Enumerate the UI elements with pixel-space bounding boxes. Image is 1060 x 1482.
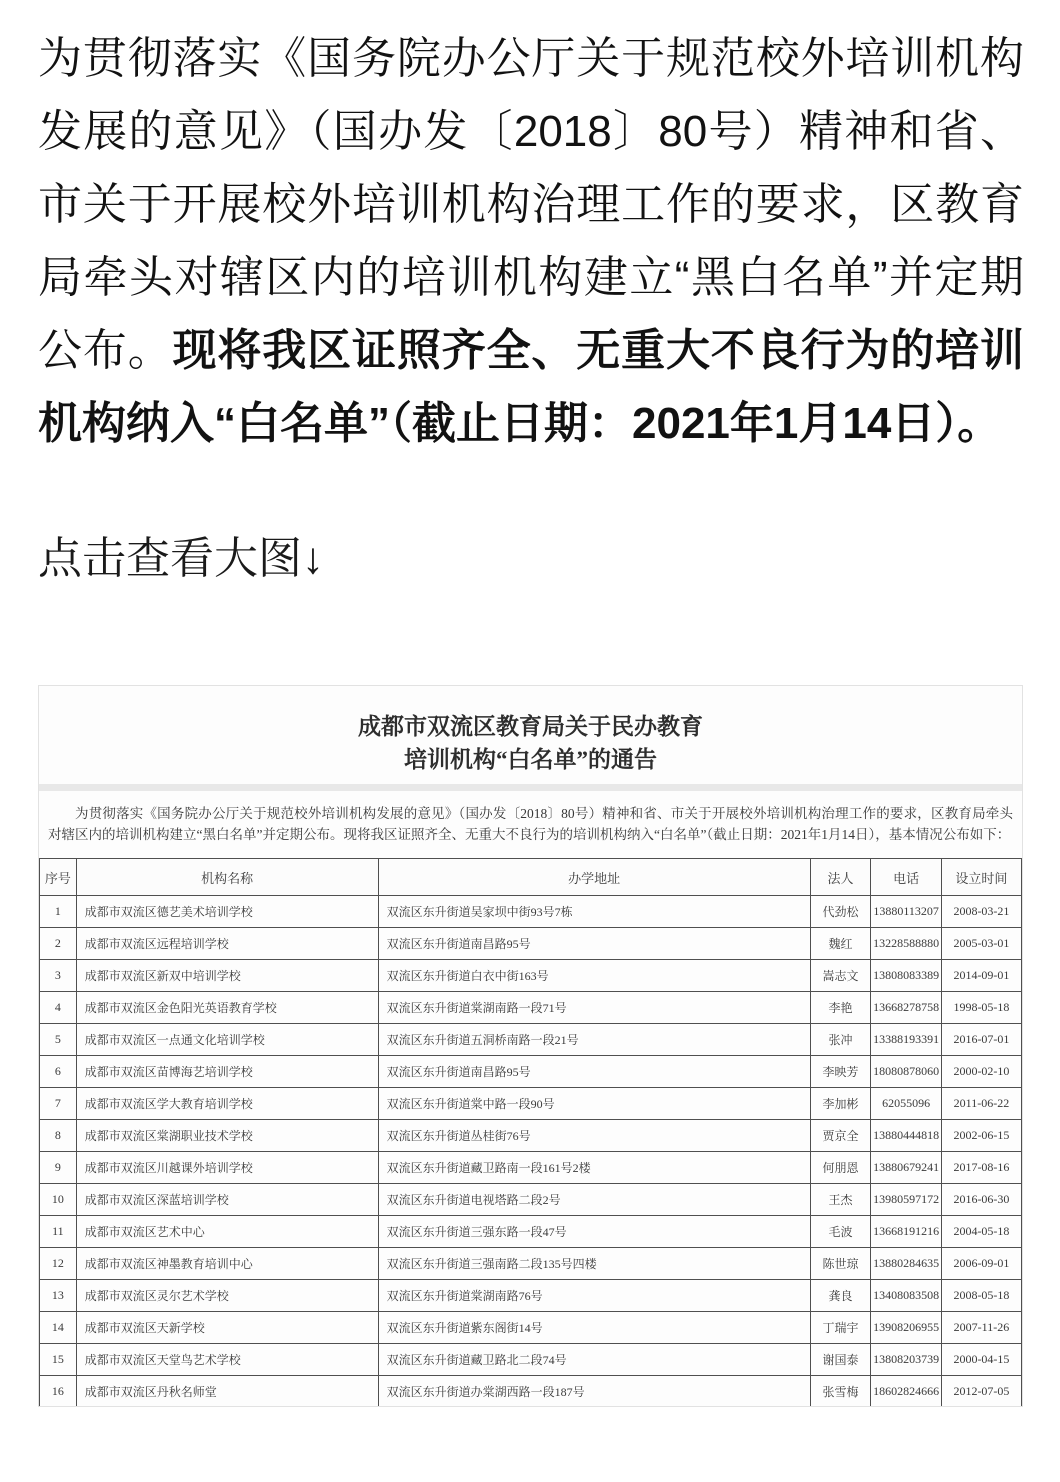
cell-address: 双流区东升街道藏卫路南一段161号2楼 — [378, 1152, 810, 1184]
column-header: 序号 — [40, 859, 77, 896]
cell-address: 双流区东升街道白衣中街163号 — [378, 960, 810, 992]
cell-number: 9 — [40, 1152, 77, 1184]
cell-institution-name: 成都市双流区天新学校 — [76, 1312, 378, 1344]
cell-institution-name: 成都市双流区新双中培训学校 — [76, 960, 378, 992]
cell-institution-name: 成都市双流区学大教育培训学校 — [76, 1088, 378, 1120]
cell-institution-name: 成都市双流区德艺美术培训学校 — [76, 896, 378, 928]
column-header: 办学地址 — [378, 859, 810, 896]
whitelist-table: 序号机构名称办学地址法人电话设立时间 1成都市双流区德艺美术培训学校双流区东升街… — [39, 858, 1022, 1407]
table-row: 12成都市双流区神墨教育培训中心双流区东升街道三强南路二段135号四楼陈世琼13… — [40, 1248, 1022, 1280]
cell-legal-person: 李映芳 — [810, 1056, 871, 1088]
notice-image[interactable]: 成都市双流区教育局关于民办教育 培训机构“白名单”的通告 为贯彻落实《国务院办公… — [38, 685, 1023, 1407]
column-header: 设立时间 — [941, 859, 1021, 896]
cell-institution-name: 成都市双流区丹秋名师堂 — [76, 1376, 378, 1408]
table-row: 5成都市双流区一点通文化培训学校双流区东升街道五洞桥南路一段21号张冲13388… — [40, 1024, 1022, 1056]
cell-legal-person: 谢国泰 — [810, 1344, 871, 1376]
cell-established-date: 2002-06-15 — [941, 1120, 1021, 1152]
cell-legal-person: 李艳 — [810, 992, 871, 1024]
notice-title-line2: 培训机构“白名单”的通告 — [39, 743, 1022, 776]
cell-number: 13 — [40, 1280, 77, 1312]
cell-phone: 13388193391 — [871, 1024, 941, 1056]
cell-phone: 13908206955 — [871, 1312, 941, 1344]
cell-established-date: 2006-09-01 — [941, 1248, 1021, 1280]
cell-number: 12 — [40, 1248, 77, 1280]
cell-phone: 62055096 — [871, 1088, 941, 1120]
column-header: 机构名称 — [76, 859, 378, 896]
cell-number: 16 — [40, 1376, 77, 1408]
article-page: 为贯彻落实《国务院办公厅关于规范校外培训机构发展的意见》（国办发〔2018〕80… — [0, 0, 1060, 1482]
cell-institution-name: 成都市双流区金色阳光英语教育学校 — [76, 992, 378, 1024]
cell-established-date: 2004-05-18 — [941, 1216, 1021, 1248]
cell-institution-name: 成都市双流区远程培训学校 — [76, 928, 378, 960]
cell-phone: 13880113207 — [871, 896, 941, 928]
cell-institution-name: 成都市双流区灵尔艺术学校 — [76, 1280, 378, 1312]
table-row: 2成都市双流区远程培训学校双流区东升街道南昌路95号魏红132285888802… — [40, 928, 1022, 960]
cell-address: 双流区东升街道紫东阁街14号 — [378, 1312, 810, 1344]
cell-address: 双流区东升街道吴家坝中街93号7栋 — [378, 896, 810, 928]
article-intro-regular-text: 为贯彻落实《国务院办公厅关于规范校外培训机构发展的意见》（国办发〔2018〕80… — [38, 34, 1024, 375]
cell-phone: 18602824666 — [871, 1376, 941, 1408]
cell-phone: 13808203739 — [871, 1344, 941, 1376]
table-row: 7成都市双流区学大教育培训学校双流区东升街道棠中路一段90号李加彬6205509… — [40, 1088, 1022, 1120]
table-row: 13成都市双流区灵尔艺术学校双流区东升街道棠湖南路76号龚良1340808350… — [40, 1280, 1022, 1312]
cell-institution-name: 成都市双流区神墨教育培训中心 — [76, 1248, 378, 1280]
cell-established-date: 2007-11-26 — [941, 1312, 1021, 1344]
cell-legal-person: 张雪梅 — [810, 1376, 871, 1408]
notice-divider — [39, 784, 1022, 791]
cell-phone: 13880284635 — [871, 1248, 941, 1280]
cell-phone: 18080878060 — [871, 1056, 941, 1088]
cell-number: 3 — [40, 960, 77, 992]
cell-legal-person: 李加彬 — [810, 1088, 871, 1120]
table-row: 9成都市双流区川越课外培训学校双流区东升街道藏卫路南一段161号2楼何朋恩138… — [40, 1152, 1022, 1184]
cell-phone: 13808083389 — [871, 960, 941, 992]
whitelist-table-head: 序号机构名称办学地址法人电话设立时间 — [40, 859, 1022, 896]
cell-number: 11 — [40, 1216, 77, 1248]
notice-title-line1: 成都市双流区教育局关于民办教育 — [39, 710, 1022, 743]
cell-phone: 13980597172 — [871, 1184, 941, 1216]
table-row: 4成都市双流区金色阳光英语教育学校双流区东升街道棠湖南路一段71号李艳13668… — [40, 992, 1022, 1024]
cell-legal-person: 代劲松 — [810, 896, 871, 928]
cell-legal-person: 龚良 — [810, 1280, 871, 1312]
cell-number: 4 — [40, 992, 77, 1024]
cell-phone: 13880444818 — [871, 1120, 941, 1152]
cell-established-date: 2012-07-05 — [941, 1376, 1021, 1408]
cell-address: 双流区东升街道三强南路二段135号四楼 — [378, 1248, 810, 1280]
cell-legal-person: 丁瑞宇 — [810, 1312, 871, 1344]
cell-address: 双流区东升街道棠湖南路76号 — [378, 1280, 810, 1312]
cell-established-date: 2016-07-01 — [941, 1024, 1021, 1056]
cell-established-date: 1998-05-18 — [941, 992, 1021, 1024]
article-intro-bold-text: 现将我区证照齐全、无重大不良行为的培训机构纳入“白名单”（截止日期：2021年1… — [38, 326, 1024, 448]
cell-number: 1 — [40, 896, 77, 928]
cell-established-date: 2000-04-15 — [941, 1344, 1021, 1376]
cell-number: 15 — [40, 1344, 77, 1376]
cell-number: 14 — [40, 1312, 77, 1344]
cell-address: 双流区东升街道办棠湖西路一段187号 — [378, 1376, 810, 1408]
whitelist-table-body: 1成都市双流区德艺美术培训学校双流区东升街道吴家坝中街93号7栋代劲松13880… — [40, 896, 1022, 1408]
cell-phone: 13668191216 — [871, 1216, 941, 1248]
table-row: 8成都市双流区棠湖职业技术学校双流区东升街道丛桂街76号贾京全138804448… — [40, 1120, 1022, 1152]
cell-institution-name: 成都市双流区苗博海艺培训学校 — [76, 1056, 378, 1088]
table-row: 15成都市双流区天堂鸟艺术学校双流区东升街道藏卫路北二段74号谢国泰138082… — [40, 1344, 1022, 1376]
cell-phone: 13880679241 — [871, 1152, 941, 1184]
cell-legal-person: 嵩志文 — [810, 960, 871, 992]
cell-address: 双流区东升街道五洞桥南路一段21号 — [378, 1024, 810, 1056]
cell-legal-person: 何朋恩 — [810, 1152, 871, 1184]
cell-legal-person: 贾京全 — [810, 1120, 871, 1152]
cell-established-date: 2000-02-10 — [941, 1056, 1021, 1088]
cell-legal-person: 毛波 — [810, 1216, 871, 1248]
table-row: 14成都市双流区天新学校双流区东升街道紫东阁街14号丁瑞宇13908206955… — [40, 1312, 1022, 1344]
article-intro-paragraph: 为贯彻落实《国务院办公厅关于规范校外培训机构发展的意见》（国办发〔2018〕80… — [38, 22, 1024, 460]
cell-address: 双流区东升街道南昌路95号 — [378, 1056, 810, 1088]
cell-legal-person: 陈世琼 — [810, 1248, 871, 1280]
cell-legal-person: 魏红 — [810, 928, 871, 960]
cell-address: 双流区东升街道藏卫路北二段74号 — [378, 1344, 810, 1376]
column-header: 法人 — [810, 859, 871, 896]
cell-established-date: 2016-06-30 — [941, 1184, 1021, 1216]
table-row: 1成都市双流区德艺美术培训学校双流区东升街道吴家坝中街93号7栋代劲松13880… — [40, 896, 1022, 928]
cell-established-date: 2008-05-18 — [941, 1280, 1021, 1312]
cell-legal-person: 张冲 — [810, 1024, 871, 1056]
cell-number: 5 — [40, 1024, 77, 1056]
notice-title: 成都市双流区教育局关于民办教育 培训机构“白名单”的通告 — [39, 686, 1022, 776]
cell-address: 双流区东升街道三强东路一段47号 — [378, 1216, 810, 1248]
table-row: 10成都市双流区深蓝培训学校双流区东升街道电视塔路二段2号王杰139805971… — [40, 1184, 1022, 1216]
cell-established-date: 2011-06-22 — [941, 1088, 1021, 1120]
cell-phone: 13228588880 — [871, 928, 941, 960]
cell-institution-name: 成都市双流区深蓝培训学校 — [76, 1184, 378, 1216]
cell-number: 6 — [40, 1056, 77, 1088]
cell-institution-name: 成都市双流区艺术中心 — [76, 1216, 378, 1248]
table-row: 11成都市双流区艺术中心双流区东升街道三强东路一段47号毛波1366819121… — [40, 1216, 1022, 1248]
cell-institution-name: 成都市双流区川越课外培训学校 — [76, 1152, 378, 1184]
cell-address: 双流区东升街道棠湖南路一段71号 — [378, 992, 810, 1024]
column-header: 电话 — [871, 859, 941, 896]
cell-established-date: 2008-03-21 — [941, 896, 1021, 928]
cell-institution-name: 成都市双流区棠湖职业技术学校 — [76, 1120, 378, 1152]
cell-number: 7 — [40, 1088, 77, 1120]
cell-phone: 13668278758 — [871, 992, 941, 1024]
table-row: 3成都市双流区新双中培训学校双流区东升街道白衣中街163号嵩志文13808083… — [40, 960, 1022, 992]
cell-number: 10 — [40, 1184, 77, 1216]
cell-established-date: 2014-09-01 — [941, 960, 1021, 992]
cell-address: 双流区东升街道电视塔路二段2号 — [378, 1184, 810, 1216]
cell-established-date: 2005-03-01 — [941, 928, 1021, 960]
notice-intro-paragraph: 为贯彻落实《国务院办公厅关于规范校外培训机构发展的意见》（国办发〔2018〕80… — [48, 803, 1013, 845]
cell-number: 8 — [40, 1120, 77, 1152]
cell-legal-person: 王杰 — [810, 1184, 871, 1216]
cell-address: 双流区东升街道丛桂街76号 — [378, 1120, 810, 1152]
table-row: 16成都市双流区丹秋名师堂双流区东升街道办棠湖西路一段187号张雪梅186028… — [40, 1376, 1022, 1408]
header-row: 序号机构名称办学地址法人电话设立时间 — [40, 859, 1022, 896]
table-row: 6成都市双流区苗博海艺培训学校双流区东升街道南昌路95号李映芳180808780… — [40, 1056, 1022, 1088]
cell-address: 双流区东升街道南昌路95号 — [378, 928, 810, 960]
cell-established-date: 2017-08-16 — [941, 1152, 1021, 1184]
cell-number: 2 — [40, 928, 77, 960]
view-large-image-hint: 点击查看大图↓ — [38, 522, 1024, 595]
cell-address: 双流区东升街道棠中路一段90号 — [378, 1088, 810, 1120]
cell-institution-name: 成都市双流区天堂鸟艺术学校 — [76, 1344, 378, 1376]
cell-institution-name: 成都市双流区一点通文化培训学校 — [76, 1024, 378, 1056]
cell-phone: 13408083508 — [871, 1280, 941, 1312]
